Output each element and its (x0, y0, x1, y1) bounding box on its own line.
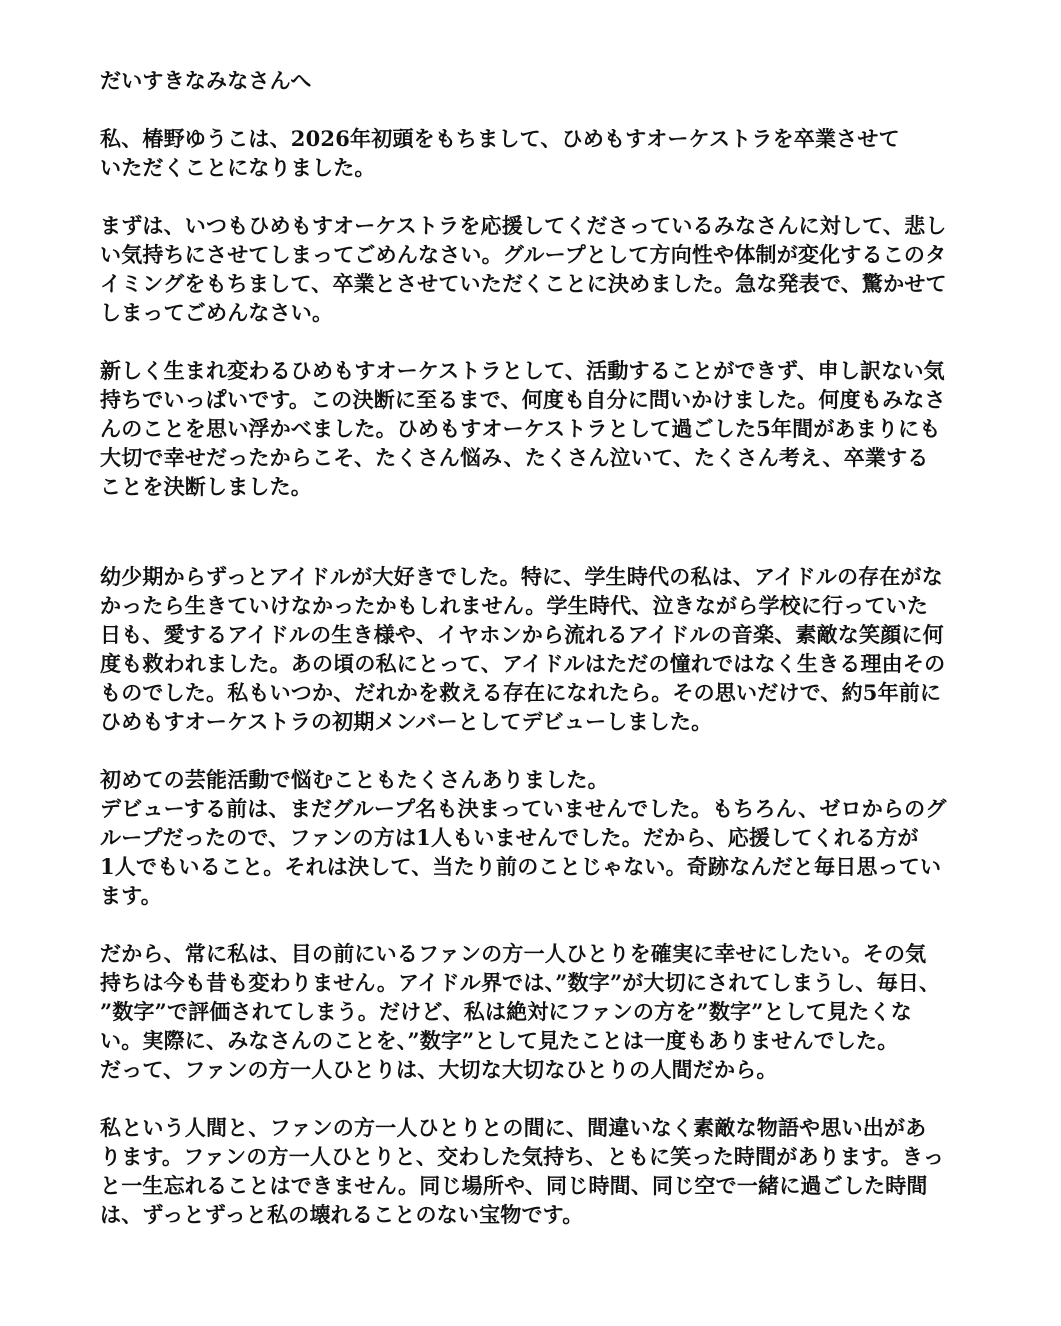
paragraph-childhood: 幼少期からずっとアイドルが大好きでした。特に、学生時代の私は、アイドルの存在がな… (100, 562, 1000, 736)
text-line: は、ずっとずっと私の壊れることのない宝物です。 (100, 1200, 1000, 1229)
paragraph-gap (100, 736, 1000, 765)
text-line: デビューする前は、まだグループ名も決まっていませんでした。もちろん、ゼロからのグ (100, 794, 1000, 823)
text-line: 度も救われました。あの頃の私にとって、アイドルはただの憧れではなく生きる理由その (100, 649, 1000, 678)
text-line: と一生忘れることはできません。同じ場所や、同じ時間、同じ空で一緒に過ごした時間 (100, 1171, 1000, 1200)
text-line: だから、常に私は、目の前にいるファンの方一人ひとりを確実に幸せにしたい。その気 (100, 939, 1000, 968)
text-line: 私、椿野ゆうこは、2026年初頭をもちまして、ひめもすオーケストラを卒業させて (100, 124, 1000, 153)
text-line: い。実際に、みなさんのことを、”数字”として見たことは一度もありませんでした。 (100, 1026, 1000, 1055)
text-line: んのことを思い浮かべました。ひめもすオーケストラとして過ごした5年間があまりにも (100, 414, 1000, 443)
paragraph-gap (100, 501, 1000, 562)
text-line: ます。 (100, 881, 1000, 910)
text-line: 1人でもいること。それは決して、当たり前のことじゃない。奇跡なんだと毎日思ってい (100, 852, 1000, 881)
text-line: 新しく生まれ変わるひめもすオーケストラとして、活動することができず、申し訳ない気 (100, 356, 1000, 385)
text-line: 持ちでいっぱいです。この決断に至るまで、何度も自分に問いかけました。何度もみなさ (100, 385, 1000, 414)
text-line: いただくことになりました。 (100, 153, 1000, 182)
paragraph-gap (100, 910, 1000, 939)
text-line: 持ちは今も昔も変わりません。アイドル界では、”数字”が大切にされてしまうし、毎日… (100, 968, 1000, 997)
text-line: ことを決断しました。 (100, 472, 1000, 501)
text-line: ”数字”で評価されてしまう。だけど、私は絶対にファンの方を”数字”として見たくな (100, 997, 1000, 1026)
text-line: い気持ちにさせてしまってごめんなさい。グループとして方向性や体制が変化するこのタ (100, 240, 1000, 269)
salutation: だいすきなみなさんへ (100, 66, 1000, 95)
text-line: まずは、いつもひめもすオーケストラを応援してくださっているみなさんに対して、悲し (100, 211, 1000, 240)
paragraph-debut: 初めての芸能活動で悩むこともたくさんありました。 デビューする前は、まだグループ… (100, 765, 1000, 910)
paragraph-fans: だから、常に私は、目の前にいるファンの方一人ひとりを確実に幸せにしたい。その気 … (100, 939, 1000, 1084)
text-line: 大切で幸せだったからこそ、たくさん悩み、たくさん泣いて、たくさん考え、卒業する (100, 443, 1000, 472)
paragraph-gap (100, 327, 1000, 356)
text-line: ループだったので、ファンの方は1人もいませんでした。だから、応援してくれる方が (100, 823, 1000, 852)
text-line: ります。ファンの方一人ひとりと、交わした気持ち、ともに笑った時間があります。きっ (100, 1142, 1000, 1171)
text-line: 幼少期からずっとアイドルが大好きでした。特に、学生時代の私は、アイドルの存在がな (100, 562, 1000, 591)
paragraph-apology: まずは、いつもひめもすオーケストラを応援してくださっているみなさんに対して、悲し… (100, 211, 1000, 327)
text-line: ものでした。私もいつか、だれかを救える存在になれたら。その思いだけで、約5年前に (100, 678, 1000, 707)
paragraph-gap (100, 1084, 1000, 1113)
text-line: かったら生きていけなかったかもしれません。学生時代、泣きながら学校に行っていた (100, 591, 1000, 620)
paragraph-announcement: 私、椿野ゆうこは、2026年初頭をもちまして、ひめもすオーケストラを卒業させて … (100, 124, 1000, 182)
letter-body: だいすきなみなさんへ 私、椿野ゆうこは、2026年初頭をもちまして、ひめもすオー… (100, 66, 1000, 1229)
paragraph-gap (100, 182, 1000, 211)
text-line: 初めての芸能活動で悩むこともたくさんありました。 (100, 765, 1000, 794)
text-line: ひめもすオーケストラの初期メンバーとしてデビューしました。 (100, 707, 1000, 736)
paragraph-decision: 新しく生まれ変わるひめもすオーケストラとして、活動することができず、申し訳ない気… (100, 356, 1000, 501)
text-line: 私という人間と、ファンの方一人ひとりとの間に、間違いなく素敵な物語や思い出があ (100, 1113, 1000, 1142)
text-line: しまってごめんなさい。 (100, 298, 1000, 327)
text-line: 日も、愛するアイドルの生き様や、イヤホンから流れるアイドルの音楽、素敵な笑顔に何 (100, 620, 1000, 649)
paragraph-memories: 私という人間と、ファンの方一人ひとりとの間に、間違いなく素敵な物語や思い出があ … (100, 1113, 1000, 1229)
salutation-line: だいすきなみなさんへ (100, 66, 1000, 95)
paragraph-gap (100, 95, 1000, 124)
text-line: イミングをもちまして、卒業とさせていただくことに決めました。急な発表で、驚かせて (100, 269, 1000, 298)
text-line: だって、ファンの方一人ひとりは、大切な大切なひとりの人間だから。 (100, 1055, 1000, 1084)
